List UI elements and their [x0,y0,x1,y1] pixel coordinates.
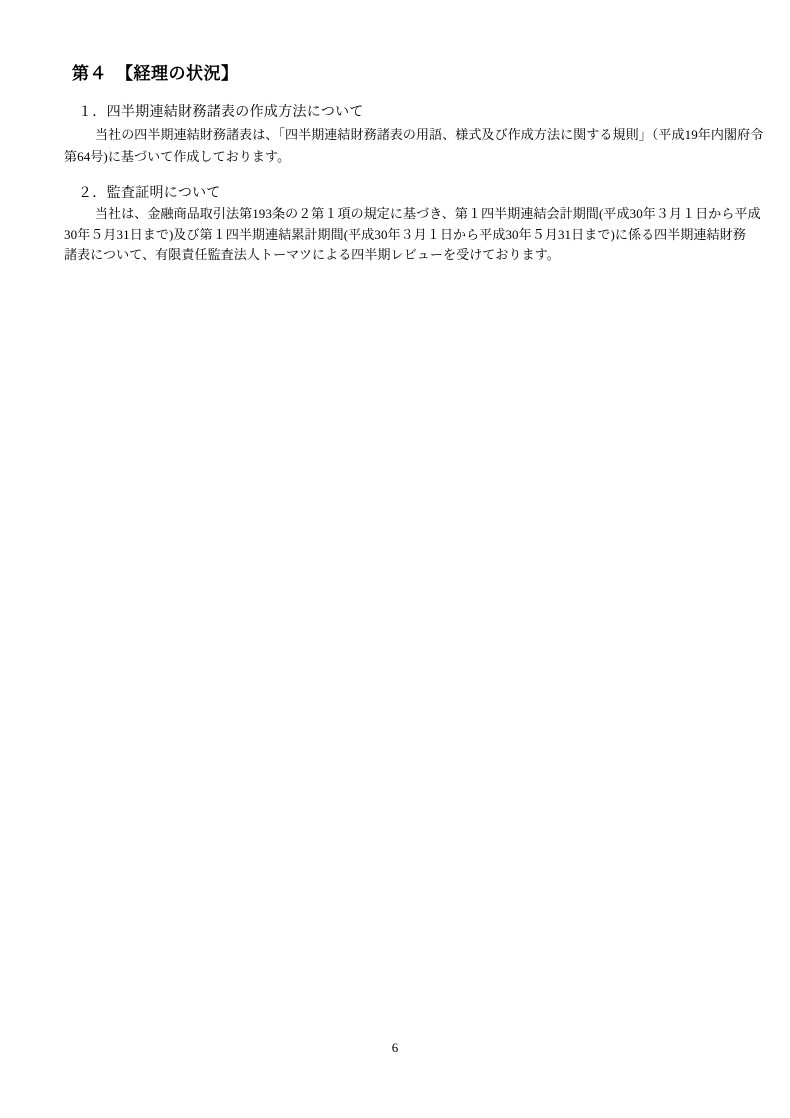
paragraph-line: 30年５月31日まで)及び第１四半期連結累計期間(平成30年３月１日から平成30… [64,225,736,246]
chapter-title: 第４ 【経理の状況】 [72,59,239,84]
paragraph-line: 第64号)に基づいて作成しております。 [64,146,736,168]
paragraph-line: 当社は、金融商品取引法第193条の２第１項の規定に基づき、第１四半期連結会計期間… [64,204,736,225]
section-2-title: ２．監査証明について [78,182,221,202]
paragraph-line: 諸表について、有限責任監査法人トーマツによる四半期レビューを受けております。 [64,245,736,266]
section-2-paragraph: 当社は、金融商品取引法第193条の２第１項の規定に基づき、第１四半期連結会計期間… [64,204,736,266]
section-1-paragraph: 当社の四半期連結財務諸表は、「四半期連結財務諸表の用語、様式及び作成方法に関する… [64,124,736,168]
section-1-title: １．四半期連結財務諸表の作成方法について [78,101,364,121]
paragraph-line: 当社の四半期連結財務諸表は、「四半期連結財務諸表の用語、様式及び作成方法に関する… [64,124,736,146]
document-page: 第４ 【経理の状況】 １．四半期連結財務諸表の作成方法について 当社の四半期連結… [0,0,790,1118]
page-number: 6 [0,1040,790,1056]
